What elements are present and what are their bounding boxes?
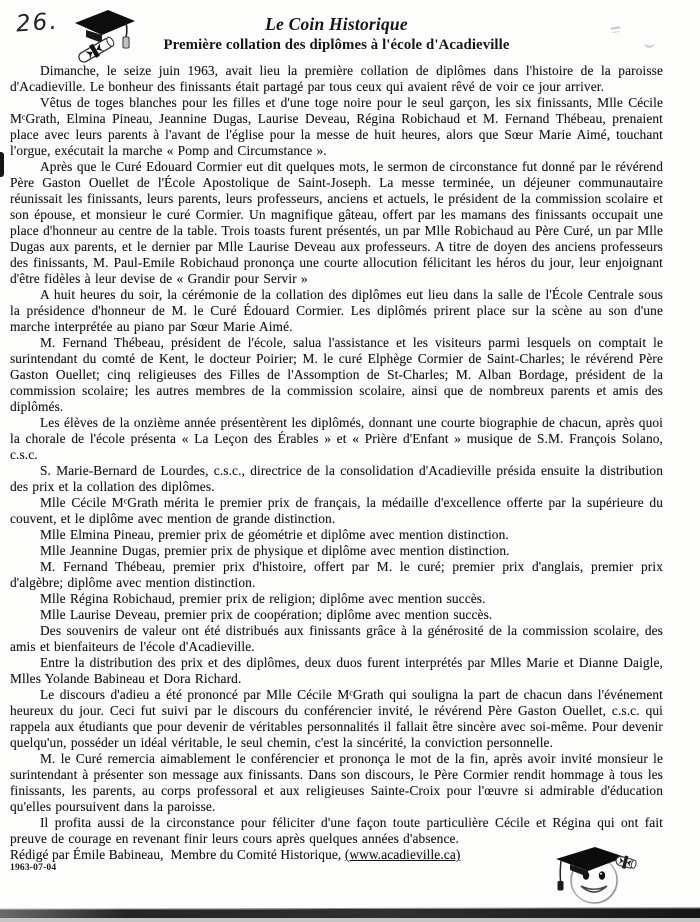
scan-edge-mark — [0, 152, 4, 177]
article-paragraph: A huit heures du soir, la cérémonie de l… — [10, 287, 663, 335]
scan-bottom-edge-light — [0, 918, 700, 922]
scanned-document-page: 26. Le Coin Historique Première collatio… — [0, 0, 700, 922]
website-link: (www.acadieville.ca) — [345, 847, 461, 862]
article-paragraph: Les élèves de la onzième année présentèr… — [10, 415, 663, 463]
article-body: Dimanche, le seize juin 1963, avait lieu… — [10, 63, 663, 847]
byline-text: Rédigé par Émile Babineau, Membre du Com… — [10, 847, 345, 862]
article-paragraph: Mlle Elmina Pineau, premier prix de géom… — [10, 527, 663, 543]
article-paragraph: Mlle Jeannine Dugas, premier prix de phy… — [10, 543, 663, 559]
article-paragraph: Dimanche, le seize juin 1963, avait lieu… — [10, 63, 663, 95]
article-paragraph: M. Fernand Thébeau, premier prix d'histo… — [10, 559, 663, 591]
article-paragraph: Mlle Régina Robichaud, premier prix de r… — [10, 591, 663, 607]
article-paragraph: Vêtus de toges blanches pour les filles … — [10, 95, 663, 159]
article-paragraph: Mlle Cécile MᶜGrath mérita le premier pr… — [10, 495, 663, 527]
article-paragraph: M. Fernand Thébeau, président de l'école… — [10, 335, 663, 415]
article-paragraph: Des souvenirs de valeur ont été distribu… — [10, 623, 663, 655]
smiling-graduate-icon — [550, 842, 646, 906]
article-paragraph: M. le Curé remercia aimablement le confé… — [10, 751, 663, 815]
article-paragraph: S. Marie-Bernard de Lourdes, c.s.c., dir… — [10, 463, 663, 495]
article-paragraph: Le discours d'adieu a été prononcé par M… — [10, 687, 663, 751]
graduation-cap-diploma-icon — [66, 6, 142, 64]
article-paragraph: Mlle Laurise Deveau, premier prix de coo… — [10, 607, 663, 623]
article-paragraph: Entre la distribution des prix et des di… — [10, 655, 663, 687]
handwritten-page-number: 26. — [15, 9, 59, 38]
article-paragraph: Après que le Curé Edouard Cormier eut di… — [10, 159, 663, 287]
